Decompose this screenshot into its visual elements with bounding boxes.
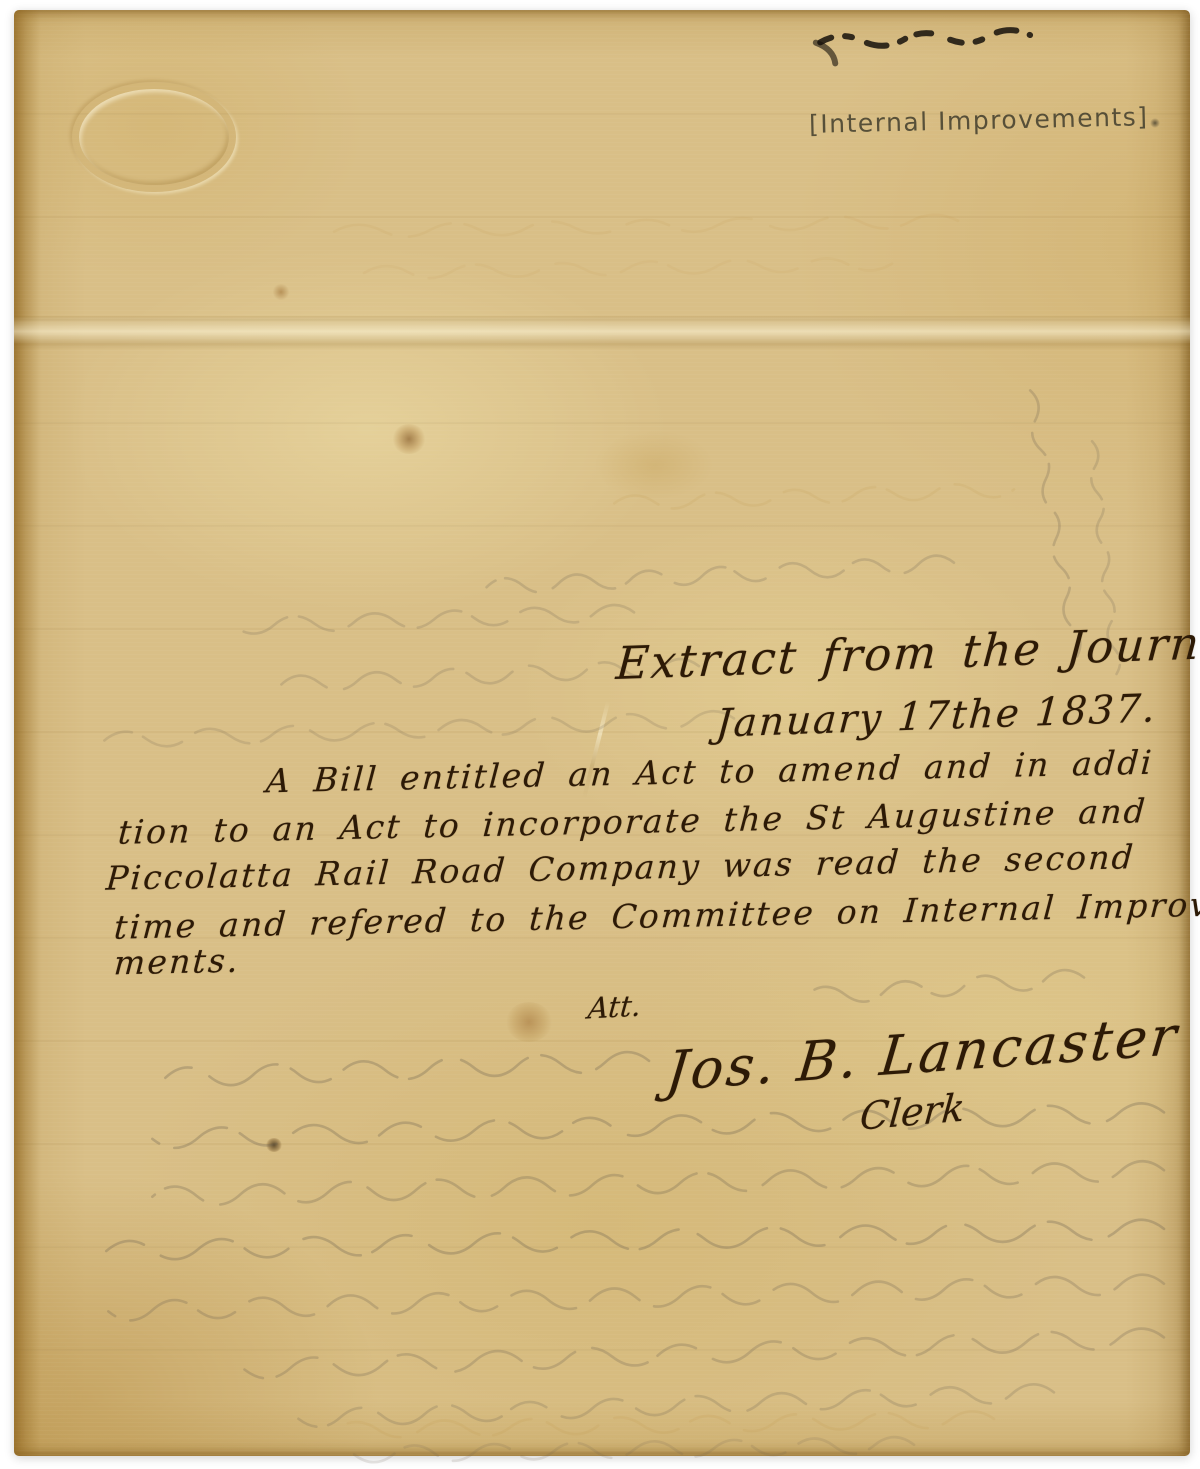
pencil-bleedthrough	[314, 1425, 914, 1465]
pencil-annotation: [Internal Improvements]	[809, 102, 1150, 139]
signature-title: Clerk	[858, 1085, 966, 1139]
trimmed-ink-hook	[805, 32, 855, 84]
date-line: January 17the 1837.	[715, 686, 1159, 747]
foxing-spot	[272, 284, 290, 300]
trimmed-ink-marks	[820, 20, 1071, 50]
pencil-bleedthrough	[194, 592, 635, 637]
pencil-bleedthrough	[214, 1313, 1165, 1382]
pencil-bleedthrough	[74, 1260, 1165, 1325]
pencil-bleedthrough	[104, 1205, 1165, 1263]
paper-left-edge	[14, 10, 40, 1456]
ink-bleedthrough	[614, 471, 1035, 513]
pencil-bleedthrough	[783, 956, 1085, 1010]
pencil-bleedthrough	[124, 1088, 1165, 1151]
pencil-bleedthrough	[274, 1370, 1055, 1430]
attestation: Att.	[587, 989, 643, 1026]
ink-bleedthrough	[364, 247, 924, 281]
pencil-dot	[1150, 118, 1160, 128]
foxing-spot	[506, 1002, 552, 1042]
document-page: [Internal Improvements] Extract from the…	[14, 10, 1190, 1456]
pencil-bleedthrough	[484, 543, 955, 598]
body-line: A Bill entitled an Act to amend and in a…	[265, 743, 1155, 801]
embossed-seal	[72, 82, 236, 192]
pencil-bleedthrough	[114, 1146, 1165, 1209]
ink-speck	[266, 1138, 282, 1152]
ink-stain	[392, 424, 426, 454]
pencil-bleedthrough	[129, 1037, 650, 1091]
discoloration-patch	[594, 430, 714, 500]
pencil-bleedthrough	[74, 698, 735, 751]
body-line: ments.	[113, 941, 242, 983]
ink-bleedthrough	[334, 204, 984, 239]
fold-crease	[14, 316, 1190, 350]
ink-bleedthrough	[294, 1399, 994, 1441]
extract-heading: Extract from the Journal	[614, 615, 1200, 690]
